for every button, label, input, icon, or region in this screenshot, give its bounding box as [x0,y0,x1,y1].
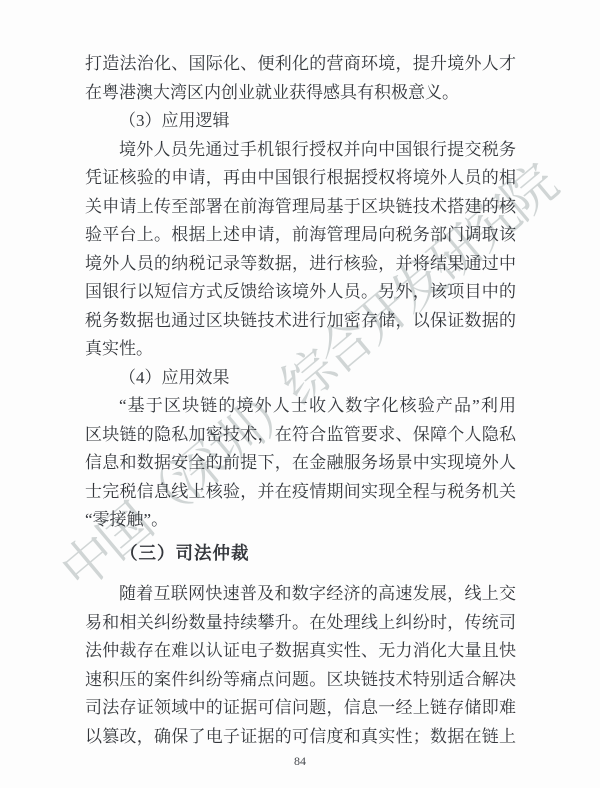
page-body-text: 打造法治化、国际化、便利化的营商环境，提升境外人才 在粤港澳大湾区内创业就业获得… [85,50,516,751]
text-line: 信息和数据安全的前提下，在金融服务场景中实现境外人 [85,449,516,478]
text-line: 凭证核验的申请，再由中国银行根据授权将境外人员的相 [85,164,516,193]
text-line: 法仲裁存在难以认证电子数据真实性、无力消化大量且快 [85,637,516,666]
subheading-application-effect: （4）应用效果 [85,364,516,393]
subheading-application-logic: （3）应用逻辑 [85,107,516,136]
text-line: 打造法治化、国际化、便利化的营商环境，提升境外人才 [85,50,516,79]
page-number: 84 [0,754,600,769]
text-line: 速积压的案件纠纷等痛点问题。区块链技术特别适合解决 [85,666,516,695]
text-line: 境外人员先通过手机银行授权并向中国银行提交税务 [85,136,516,165]
text-line: 区块链的隐私加密技术，在符合监管要求、保障个人隐私 [85,421,516,450]
section-heading-judicial-arbitration: （三）司法仲裁 [85,539,516,568]
text-line: 士完税信息线上核验，并在疫情期间实现全程与税务机关 [85,478,516,507]
text-line: 境外人员的纳税记录等数据，进行核验，并将结果通过中 [85,250,516,279]
text-line: 验平台上。根据上述申请，前海管理局向税务部门调取该 [85,221,516,250]
text-line: 关申请上传至部署在前海管理局基于区块链技术搭建的核 [85,193,516,222]
text-line: 国银行以短信方式反馈给该境外人员。另外，该项目中的 [85,278,516,307]
text-line: 易和相关纠纷数量持续攀升。在处理线上纠纷时，传统司 [85,609,516,638]
text-line: “基于区块链的境外人士收入数字化核验产品”利用 [85,392,516,421]
text-line: 在粤港澳大湾区内创业就业获得感具有积极意义。 [85,79,516,108]
document-page: 中国（深圳）综合开发研究院 打造法治化、国际化、便利化的营商环境，提升境外人才 … [0,0,600,788]
text-line: “零接触”。 [85,506,516,535]
text-line: 真实性。 [85,335,516,364]
text-line: 税务数据也通过区块链技术进行加密存储，以保证数据的 [85,307,516,336]
text-line: 司法存证领域中的证据可信问题，信息一经上链存储即难 [85,694,516,723]
text-line: 随着互联网快速普及和数字经济的高速发展，线上交 [85,580,516,609]
text-line: 以篡改，确保了电子证据的可信度和真实性；数据在链上 [85,723,516,752]
